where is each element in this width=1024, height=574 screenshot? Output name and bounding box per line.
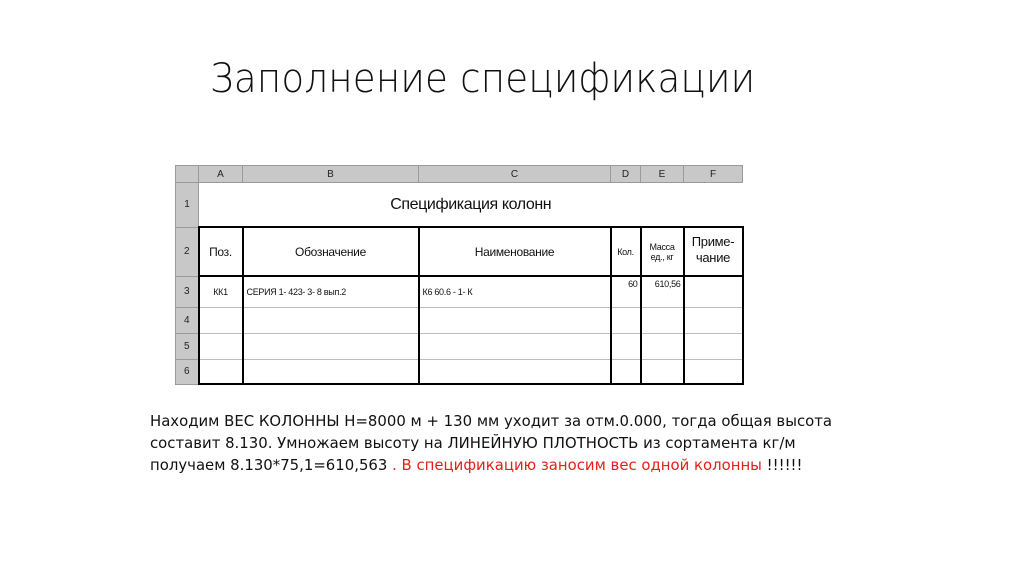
explanation-paragraph: Находим ВЕС КОЛОННЫ Н=8000 м + 130 мм ух… [150,410,841,476]
cell-mass[interactable] [641,360,684,385]
cell-name[interactable] [419,360,611,385]
row-header-4[interactable]: 4 [176,308,199,334]
header-note-line1: Приме- [685,234,742,250]
cell-qty[interactable] [611,334,641,360]
cell-qty[interactable] [611,308,641,334]
cell-designation[interactable] [243,308,419,334]
spreadsheet: A B C D E F 1 Спецификация колонн 2 Поз.… [175,165,744,385]
cell-name[interactable] [419,334,611,360]
explanation-exclamation: !!!!!! [762,456,803,474]
cell-name[interactable]: К6 60.6 - 1- К [419,276,611,308]
select-all-corner[interactable] [176,166,199,183]
cell-pos[interactable] [199,334,243,360]
cell-pos[interactable] [199,308,243,334]
table-row: 6 [176,360,743,385]
column-header-e[interactable]: E [641,166,684,183]
header-mass-line2: ед., кг [642,252,683,262]
row-header-6[interactable]: 6 [176,360,199,385]
column-header-f[interactable]: F [684,166,743,183]
header-note-line2: чание [685,250,742,266]
explanation-highlight: . В спецификацию заносим вес одной колон… [387,456,762,474]
table-row: 5 [176,334,743,360]
cell-pos[interactable]: КК1 [199,276,243,308]
cell-note[interactable] [684,308,743,334]
table-row: 3 КК1 СЕРИЯ 1- 423- 3- 8 вып.2 К6 60.6 -… [176,276,743,308]
spec-title-cell[interactable]: Спецификация колонн [199,183,743,228]
row-header-5[interactable]: 5 [176,334,199,360]
cell-qty[interactable] [611,360,641,385]
row-header-1[interactable]: 1 [176,183,199,228]
header-name[interactable]: Наименование [419,227,611,276]
cell-designation[interactable] [243,360,419,385]
header-note[interactable]: Приме-чание [684,227,743,276]
header-designation[interactable]: Обозначение [243,227,419,276]
column-header-d[interactable]: D [611,166,641,183]
row-header-2[interactable]: 2 [176,227,199,276]
cell-name[interactable] [419,308,611,334]
header-pos[interactable]: Поз. [199,227,243,276]
column-header-b[interactable]: B [243,166,419,183]
table-row: 4 [176,308,743,334]
header-mass[interactable]: Массаед., кг [641,227,684,276]
cell-mass[interactable]: 610,56 [641,276,684,308]
slide-title: Заполнение спецификации [210,56,755,102]
cell-pos[interactable] [199,360,243,385]
cell-mass[interactable] [641,308,684,334]
row-header-3[interactable]: 3 [176,276,199,308]
cell-note[interactable] [684,276,743,308]
cell-note[interactable] [684,360,743,385]
cell-designation[interactable]: СЕРИЯ 1- 423- 3- 8 вып.2 [243,276,419,308]
cell-designation[interactable] [243,334,419,360]
cell-note[interactable] [684,334,743,360]
header-qty[interactable]: Кол. [611,227,641,276]
cell-mass[interactable] [641,334,684,360]
header-mass-line1: Масса [642,242,683,252]
column-header-a[interactable]: A [199,166,243,183]
column-header-c[interactable]: C [419,166,611,183]
cell-qty[interactable]: 60 [611,276,641,308]
spec-table: A B C D E F 1 Спецификация колонн 2 Поз.… [175,165,744,385]
